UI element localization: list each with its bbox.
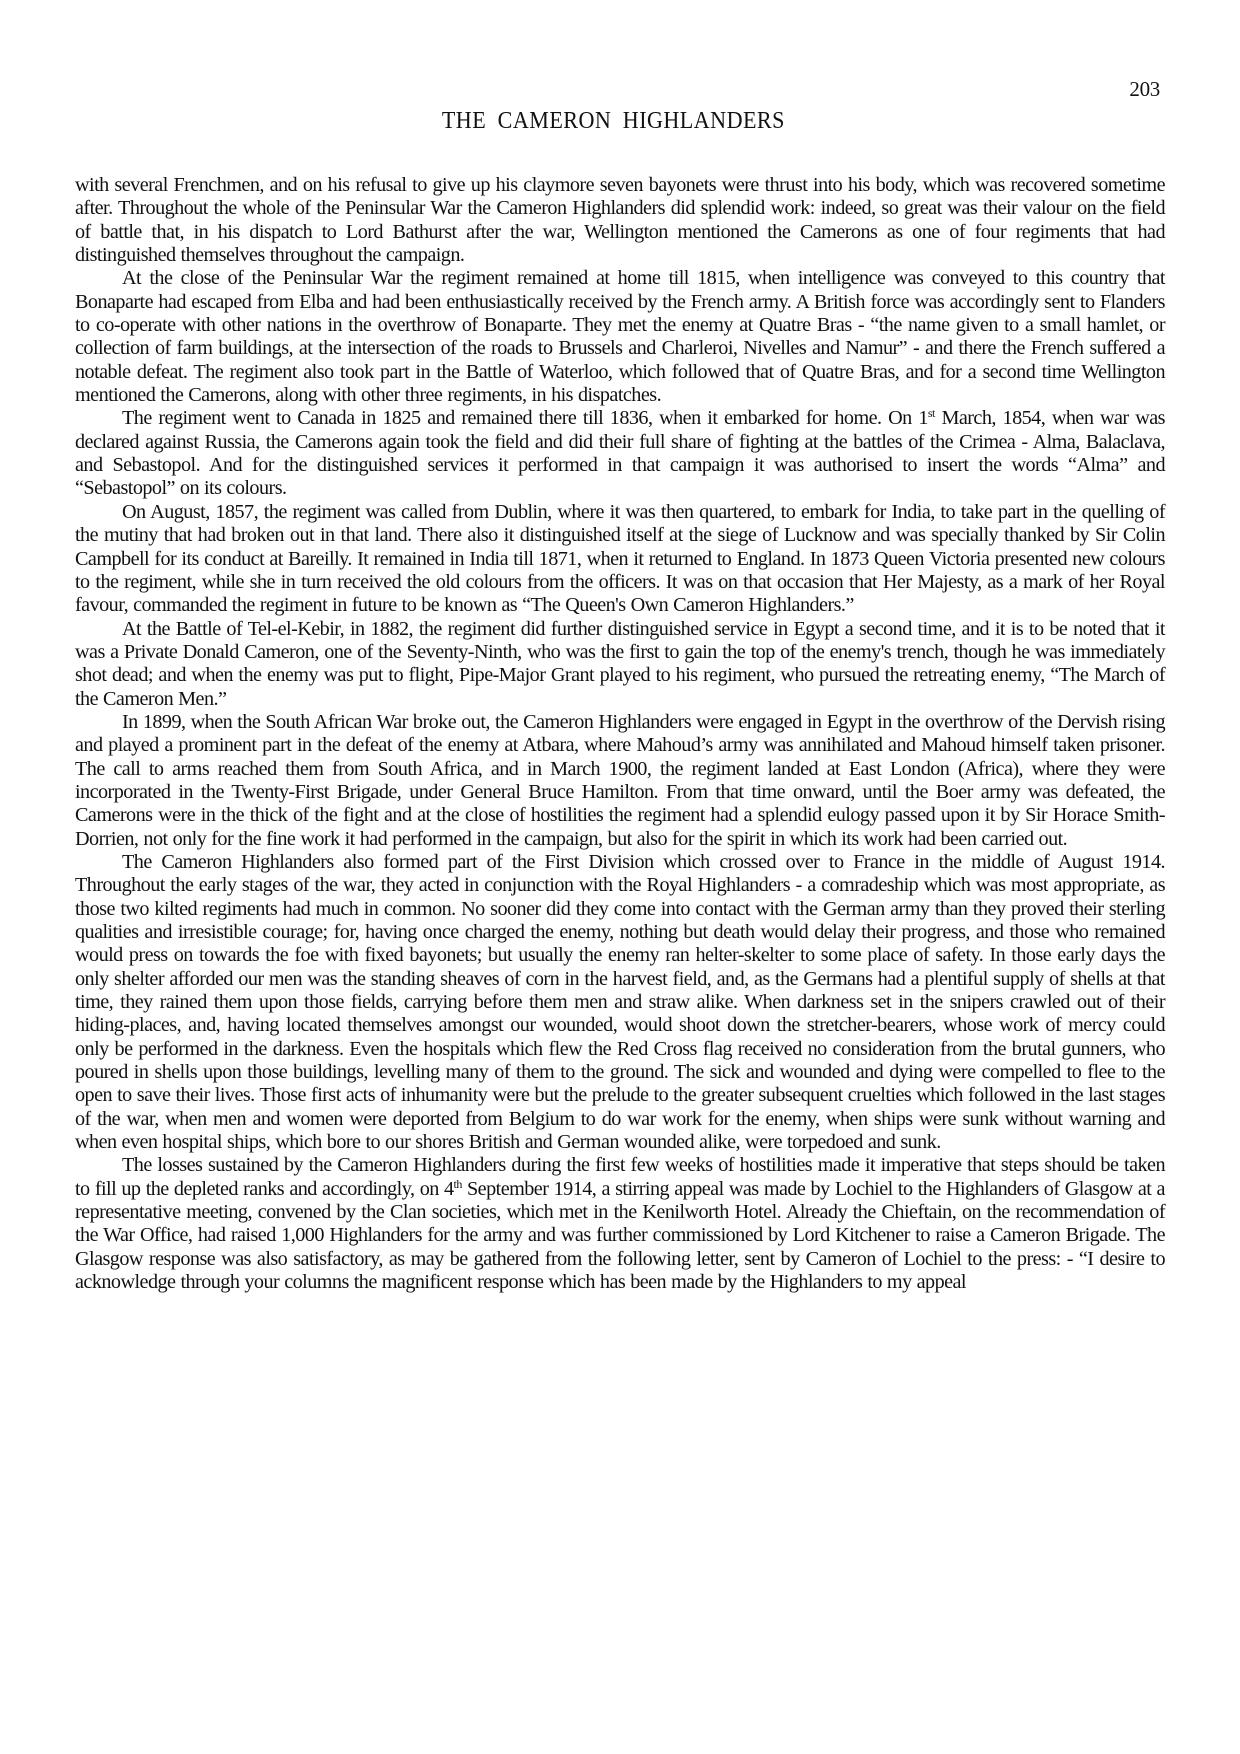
page-number: 203 (1129, 77, 1160, 102)
ordinal-suffix: th (454, 1177, 462, 1191)
paragraph-6: In 1899, when the South African War brok… (75, 711, 1165, 851)
ordinal-suffix: st (928, 406, 935, 420)
paragraph-2: At the close of the Peninsular War the r… (75, 267, 1165, 407)
document-page: 203 THE CAMERON HIGHLANDERS with several… (0, 0, 1240, 1754)
paragraph-1: with several Frenchmen, and on his refus… (75, 174, 1165, 267)
paragraph-5: At the Battle of Tel-el-Kebir, in 1882, … (75, 618, 1165, 711)
paragraph-7: The Cameron Highlanders also formed part… (75, 851, 1165, 1154)
paragraph-4: On August, 1857, the regiment was called… (75, 501, 1165, 618)
body-text: with several Frenchmen, and on his refus… (75, 174, 1165, 1295)
paragraph-3: The regiment went to Canada in 1825 and … (75, 407, 1165, 500)
paragraph-8: The losses sustained by the Cameron High… (75, 1154, 1165, 1294)
paragraph-3-text-a: The regiment went to Canada in 1825 and … (122, 407, 928, 429)
running-title: THE CAMERON HIGHLANDERS (43, 108, 1184, 135)
